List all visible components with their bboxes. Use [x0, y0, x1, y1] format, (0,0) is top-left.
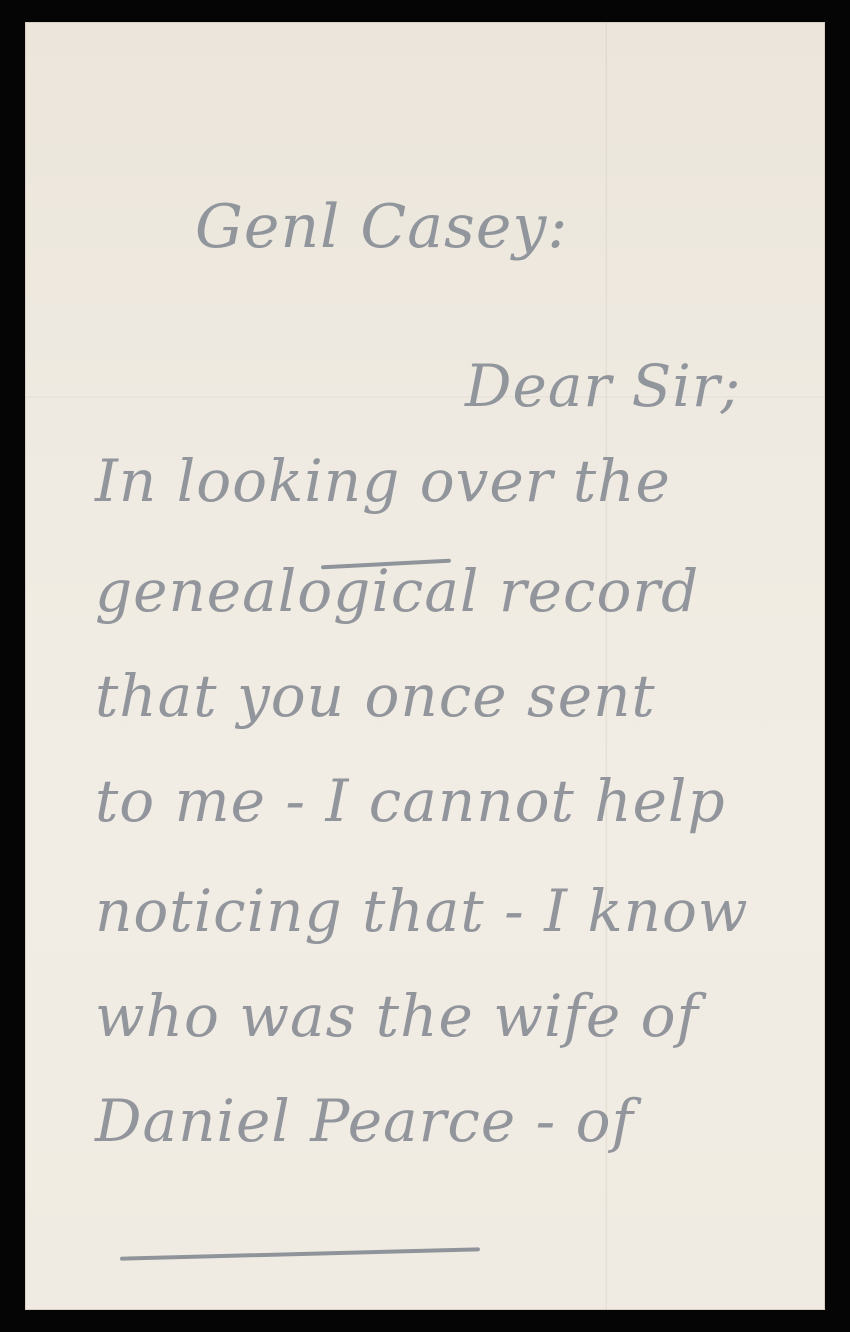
body-line-5: noticing that - I know	[95, 877, 749, 945]
body-line-6: who was the wife of	[95, 982, 699, 1050]
underline-daniel-pearce	[120, 1247, 480, 1260]
body-line-4: to me - I cannot help	[95, 767, 726, 835]
body-line-3: that you once sent	[95, 662, 656, 730]
addressee-line: Genl Casey:	[195, 192, 568, 262]
letter-page: Genl Casey: Dear Sir; In looking over th…	[25, 22, 825, 1310]
body-line-1: In looking over the	[95, 447, 671, 515]
body-line-2: genealogical record	[95, 557, 699, 625]
body-line-7: Daniel Pearce - of	[95, 1087, 634, 1155]
salutation-line: Dear Sir;	[465, 352, 741, 420]
